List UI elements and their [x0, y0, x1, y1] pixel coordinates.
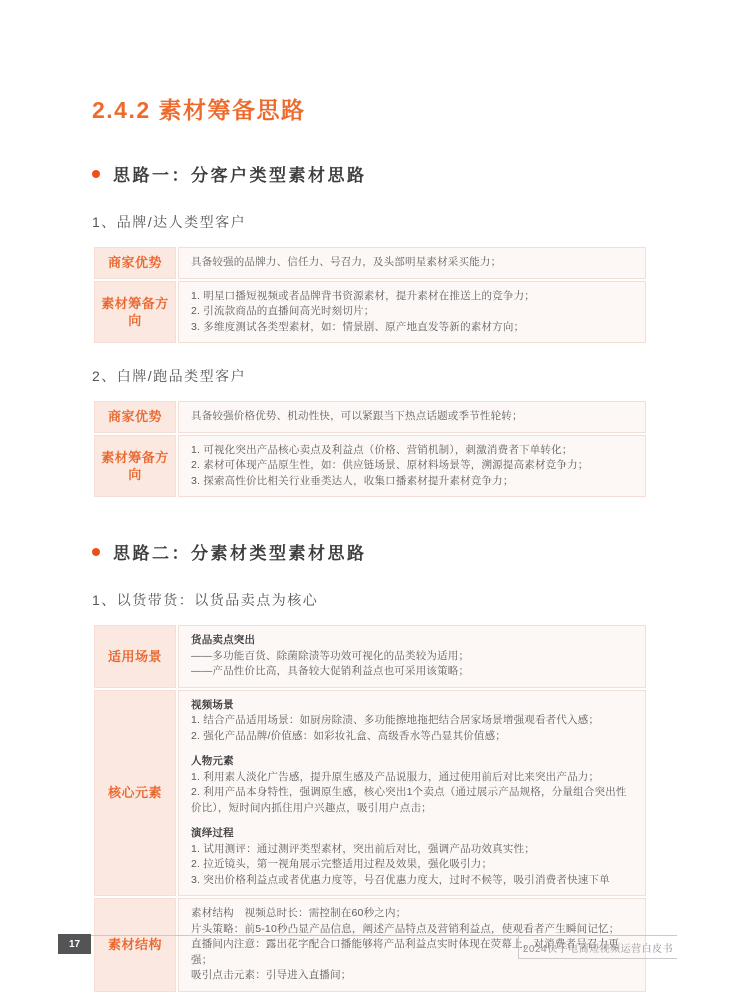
content-line: 1. 试用测评：通过测评类型素材，突出前后对比，强调产品功效真实性；	[191, 842, 633, 858]
bullet-icon	[92, 548, 100, 556]
content-block: 货品卖点突出 ——多功能百货、除菌除渍等功效可视化的品类较为适用； ——产品性价…	[191, 633, 633, 680]
section-idea-2: 思路二：分素材类型素材思路 1、以货带货：以货品卖点为核心 适用场景 货品卖点突…	[92, 539, 648, 994]
content-line: 1. 可视化突出产品核心卖点及利益点（价格、营销机制），刺激消费者下单转化；	[191, 443, 633, 459]
page-title: 2.4.2 素材筹备思路	[92, 92, 648, 125]
content-line: 吸引点击元素：引导进入直播间；	[191, 968, 633, 984]
content-block: 具备较强的品牌力、信任力、号召力，及头部明星素材采买能力；	[191, 255, 633, 271]
row-label: 核心元素	[94, 690, 176, 897]
page: 2.4.2 素材筹备思路 思路一：分客户类型素材思路 1、品牌/达人类型客户 商…	[92, 0, 648, 994]
subsection-caption: 2、白牌/跑品类型客户	[92, 366, 648, 386]
content-line: 2. 素材可体现产品原生性，如：供应链场景、原材料场景等，溯源提高素材竞争力；	[191, 458, 633, 474]
table-row: 素材筹备方向 1. 可视化突出产品核心卖点及利益点（价格、营销机制），刺激消费者…	[94, 435, 646, 498]
row-label: 素材筹备方向	[94, 435, 176, 498]
block-title: 视频场景	[191, 698, 633, 714]
content-line: 具备较强价格优势、机动性快，可以紧跟当下热点话题或季节性轮转；	[191, 409, 633, 425]
section-idea-1: 思路一：分客户类型素材思路 1、品牌/达人类型客户 商家优势 具备较强的品牌力、…	[92, 161, 648, 499]
content-block: 1. 可视化突出产品核心卖点及利益点（价格、营销机制），刺激消费者下单转化； 2…	[191, 443, 633, 490]
content-block: 具备较强价格优势、机动性快，可以紧跟当下热点话题或季节性轮转；	[191, 409, 633, 425]
table-row: 核心元素 视频场景 1. 结合产品适用场景：如厨房除渍、多功能擦地拖把结合居家场…	[94, 690, 646, 897]
content-line: 1. 利用素人淡化广告感，提升原生感及产品说服力，通过使用前后对比来突出产品力；	[191, 770, 633, 786]
row-label: 素材结构	[94, 898, 176, 992]
section-heading: 思路一：分客户类型素材思路	[92, 161, 648, 186]
row-label: 商家优势	[94, 401, 176, 433]
row-label: 适用场景	[94, 625, 176, 688]
row-label: 素材筹备方向	[94, 281, 176, 344]
block-title: 人物元素	[191, 754, 633, 770]
bullet-icon	[92, 170, 100, 178]
table-row: 商家优势 具备较强价格优势、机动性快，可以紧跟当下热点话题或季节性轮转；	[94, 401, 646, 433]
row-label: 商家优势	[94, 247, 176, 279]
table-row: 适用场景 货品卖点突出 ——多功能百货、除菌除渍等功效可视化的品类较为适用； —…	[94, 625, 646, 688]
page-number-badge: 17	[58, 934, 91, 954]
content-block: 演绎过程 1. 试用测评：通过测评类型素材，突出前后对比，强调产品功效真实性； …	[191, 826, 633, 888]
footer-doc-title: 2024快手电商短视频运营白皮书	[518, 936, 677, 959]
row-content: 货品卖点突出 ——多功能百货、除菌除渍等功效可视化的品类较为适用； ——产品性价…	[178, 625, 646, 688]
content-line: ——多功能百货、除菌除渍等功效可视化的品类较为适用；	[191, 649, 633, 665]
content-line: 3. 突出价格利益点或者优惠力度等，号召优惠力度大，过时不候等，吸引消费者快速下…	[191, 873, 633, 889]
row-content: 具备较强价格优势、机动性快，可以紧跟当下热点话题或季节性轮转；	[178, 401, 646, 433]
content-line: 1. 结合产品适用场景：如厨房除渍、多功能擦地拖把结合居家场景增强观看者代入感；	[191, 713, 633, 729]
subsection-caption: 1、以货带货：以货品卖点为核心	[92, 590, 648, 610]
content-line: 3. 探索高性价比相关行业垂类达人，收集口播素材提升素材竞争力；	[191, 474, 633, 490]
content-line: 1. 明星口播短视频或者品牌背书资源素材，提升素材在推送上的竞争力；	[191, 289, 633, 305]
content-block: 人物元素 1. 利用素人淡化广告感，提升原生感及产品说服力，通过使用前后对比来突…	[191, 754, 633, 816]
section-heading: 思路二：分素材类型素材思路	[92, 539, 648, 564]
table-brand-daren-clients: 商家优势 具备较强的品牌力、信任力、号召力，及头部明星素材采买能力； 素材筹备方…	[92, 245, 648, 345]
table-whitelabel-clients: 商家优势 具备较强价格优势、机动性快，可以紧跟当下热点话题或季节性轮转； 素材筹…	[92, 399, 648, 499]
row-content: 1. 可视化突出产品核心卖点及利益点（价格、营销机制），刺激消费者下单转化； 2…	[178, 435, 646, 498]
row-content: 视频场景 1. 结合产品适用场景：如厨房除渍、多功能擦地拖把结合居家场景增强观看…	[178, 690, 646, 897]
content-line: 2. 拉近镜头，第一视角展示完整适用过程及效果，强化吸引力；	[191, 857, 633, 873]
content-block: 1. 明星口播短视频或者品牌背书资源素材，提升素材在推送上的竞争力； 2. 引流…	[191, 289, 633, 336]
content-line: 2. 强化产品品牌/价值感：如彩妆礼盒、高级香水等凸显其价值感；	[191, 729, 633, 745]
content-line: 2. 引流款商品的直播间高光时刻切片；	[191, 304, 633, 320]
row-content: 具备较强的品牌力、信任力、号召力，及头部明星素材采买能力；	[178, 247, 646, 279]
content-line: 2. 利用产品本身特性，强调原生感，核心突出1个卖点（通过展示产品规格，分量组合…	[191, 785, 633, 816]
content-line: 素材结构 视频总时长：需控制在60秒之内；	[191, 906, 633, 922]
block-title: 货品卖点突出	[191, 633, 633, 649]
block-title: 演绎过程	[191, 826, 633, 842]
content-line: ——产品性价比高，具备较大促销利益点也可采用该策略；	[191, 664, 633, 680]
subsection-caption: 1、品牌/达人类型客户	[92, 212, 648, 232]
content-block: 视频场景 1. 结合产品适用场景：如厨房除渍、多功能擦地拖把结合居家场景增强观看…	[191, 698, 633, 745]
table-row: 素材筹备方向 1. 明星口播短视频或者品牌背书资源素材，提升素材在推送上的竞争力…	[94, 281, 646, 344]
content-line: 3. 多维度测试各类型素材，如：情景剧、原产地直发等新的素材方向；	[191, 320, 633, 336]
section-heading-text: 思路一：分客户类型素材思路	[113, 161, 367, 186]
section-heading-text: 思路二：分素材类型素材思路	[113, 539, 367, 564]
content-line: 具备较强的品牌力、信任力、号召力，及头部明星素材采买能力；	[191, 255, 633, 271]
row-content: 1. 明星口播短视频或者品牌背书资源素材，提升素材在推送上的竞争力； 2. 引流…	[178, 281, 646, 344]
table-row: 商家优势 具备较强的品牌力、信任力、号召力，及头部明星素材采买能力；	[94, 247, 646, 279]
